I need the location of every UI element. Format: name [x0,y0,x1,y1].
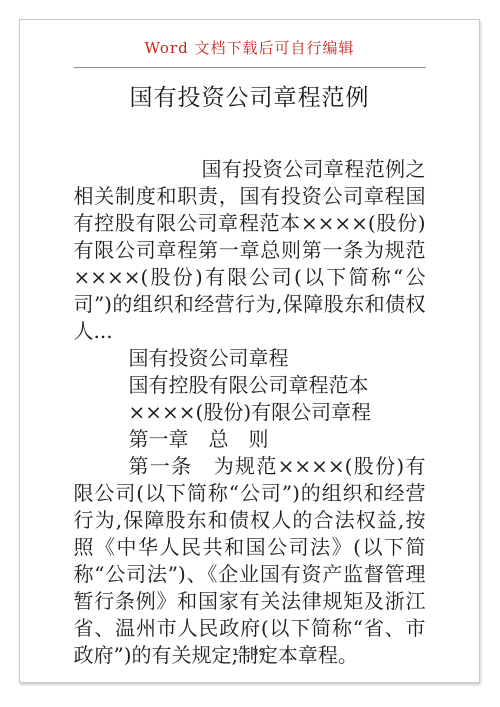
body-line-company-charter: ××××(股份)有限公司章程 [74,399,426,426]
body-paragraph-article-one: 第一条 为规范××××(股份)有限公司(以下简称“公司”)的组织和经营行为,保障… [74,453,426,669]
body-line-charter-title: 国有投资公司章程 [74,345,426,372]
header-divider-line [74,67,426,68]
body-paragraph-summary: 国有投资公司章程范例之相关制度和职责，国有投资公司章程国有控股有限公司章程范本×… [74,156,426,345]
document-body: 国有投资公司章程范例之相关制度和职责，国有投资公司章程国有控股有限公司章程范本×… [74,156,426,669]
body-line-chapter-one-heading: 第一章 总 则 [74,426,426,453]
footer-page-number: 1 / 33 [20,648,479,658]
editable-notice-banner: Word 文档下载后可自行编辑 [20,38,479,58]
document-title: 国有投资公司章程范例 [20,85,479,112]
document-page: Word 文档下载后可自行编辑 国有投资公司章程范例 国有投资公司章程范例之相关… [19,19,480,683]
document-preview-screen: Word 文档下载后可自行编辑 国有投资公司章程范例 国有投资公司章程范例之相关… [0,0,500,707]
body-line-model-title: 国有控股有限公司章程范本 [74,372,426,399]
